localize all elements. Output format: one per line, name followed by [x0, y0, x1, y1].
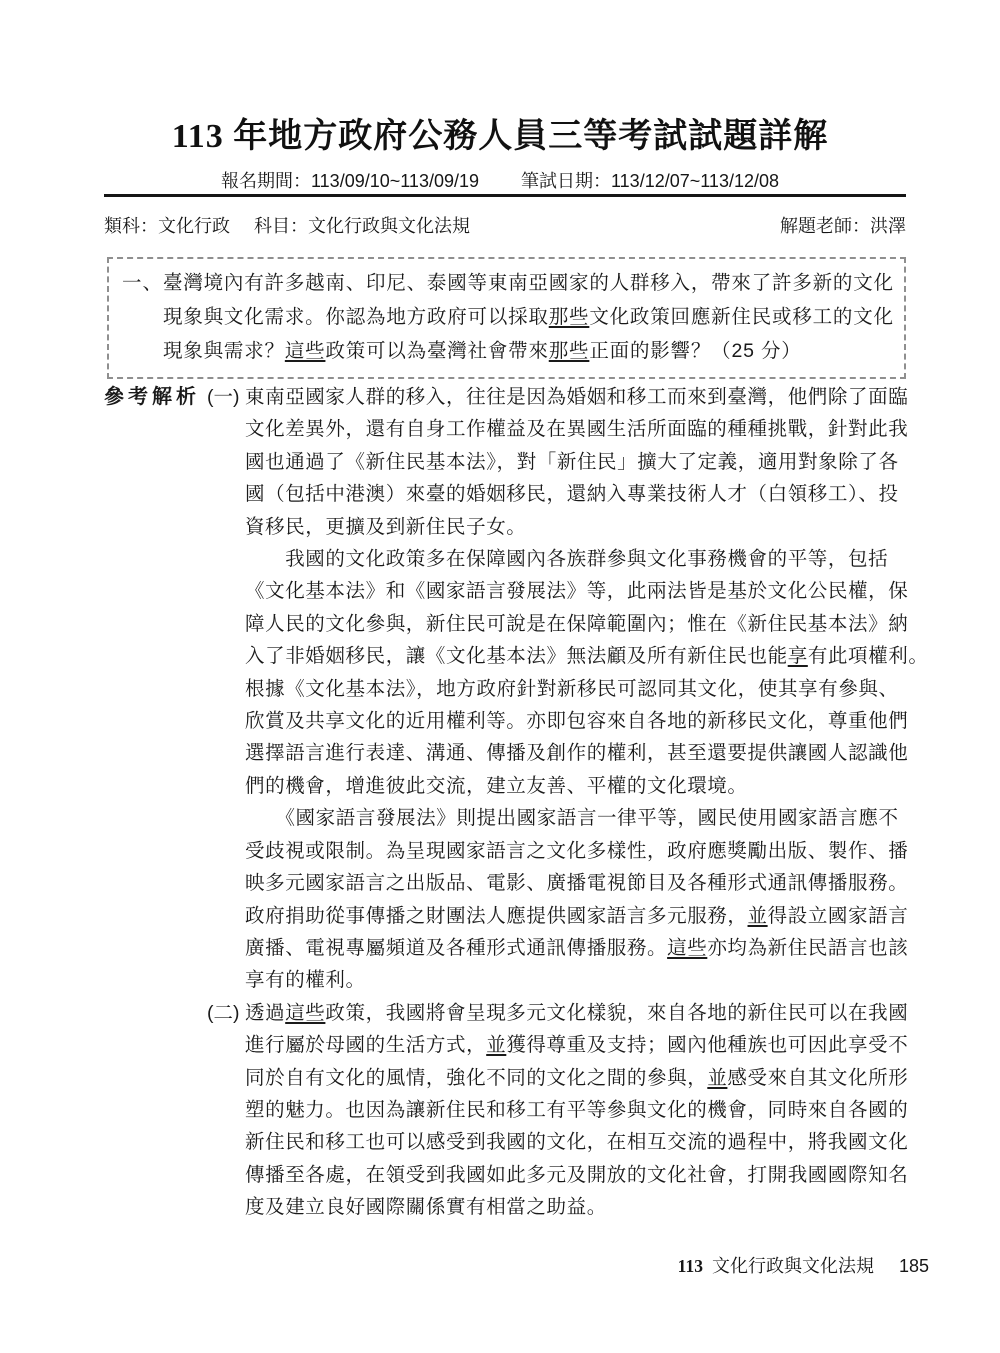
meta-subject: 科目：文化行政與文化法規: [254, 212, 470, 238]
registration-period: 報名期間：113/09/10~113/09/19: [221, 167, 479, 193]
item-2-marker: (二): [207, 997, 243, 1029]
item-1-text: 東南亞國家人群的移入，往往是因為婚姻和移工而來到臺灣，他們除了面臨文化差異外，還…: [245, 381, 974, 997]
analysis-item-1: (一) 東南亞國家人群的移入，往往是因為婚姻和移工而來到臺灣，他們除了面臨文化差…: [207, 381, 974, 997]
question-text: 臺灣境內有許多越南、印尼、泰國等東南亞國家的人群移入，帶來了許多新的文化現象與文…: [163, 266, 894, 368]
item-1-marker: (一): [207, 381, 243, 413]
analysis-label: 參考解析: [104, 381, 207, 413]
footer-subject: 文化行政與文化法規: [712, 1252, 874, 1278]
analysis-section: 參考解析 (一) 東南亞國家人群的移入，往往是因為婚姻和移工而來到臺灣，他們除了…: [104, 381, 974, 1224]
footer: 113 文化行政與文化法規 185: [678, 1252, 929, 1278]
meta-left: 類科：文化行政 科目：文化行政與文化法規: [104, 212, 470, 238]
item-2-text: 透過這些政策，我國將會呈現多元文化樣貌，來自各地的新住民可以在我國進行屬於母國的…: [245, 997, 974, 1224]
page-title: 113 年地方政府公務人員三等考試試題詳解: [0, 108, 1000, 157]
question-box: 一、 臺灣境內有許多越南、印尼、泰國等東南亞國家的人群移入，帶來了許多新的文化現…: [107, 257, 906, 379]
analysis-items: (一) 東南亞國家人群的移入，往往是因為婚姻和移工而來到臺灣，他們除了面臨文化差…: [207, 381, 974, 1224]
exam-solution-page: 113 年地方政府公務人員三等考試試題詳解 報名期間：113/09/10~113…: [0, 0, 1000, 1353]
question-number-marker: 一、: [122, 266, 163, 368]
footer-page-number: 185: [899, 1256, 929, 1277]
subtitle: 報名期間：113/09/10~113/09/19 筆試日期：113/12/07~…: [0, 167, 1000, 193]
meta-row: 類科：文化行政 科目：文化行政與文化法規 解題老師：洪澤: [104, 212, 906, 238]
divider-rule: [104, 194, 906, 197]
footer-exam-year: 113: [678, 1256, 703, 1277]
analysis-item-2: (二) 透過這些政策，我國將會呈現多元文化樣貌，來自各地的新住民可以在我國進行屬…: [207, 997, 974, 1224]
written-exam-date: 筆試日期：113/12/07~113/12/08: [521, 167, 779, 193]
meta-teacher: 解題老師：洪澤: [780, 212, 906, 238]
meta-category: 類科：文化行政: [104, 212, 230, 238]
